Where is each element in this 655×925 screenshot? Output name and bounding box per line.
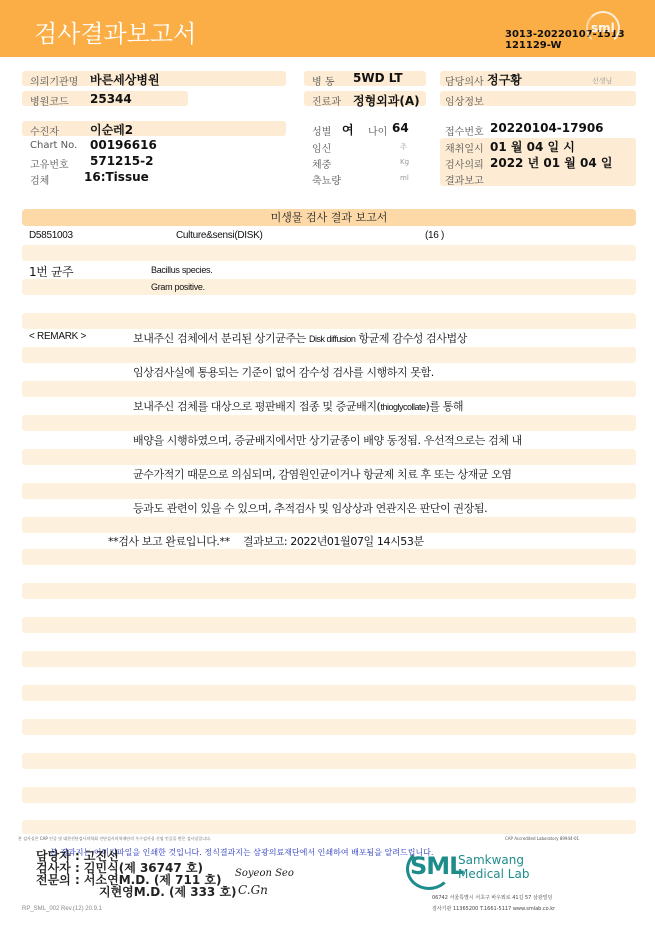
age-value: 64 bbox=[392, 121, 409, 135]
remark-line-4: 배양을 시행하였으며, 증균배지에서만 상기균종이 배양 동정됨. 우선적으로는… bbox=[133, 432, 522, 448]
row-band bbox=[22, 313, 636, 329]
report-title: 검사결과보고서 bbox=[34, 14, 196, 49]
lab-contact: 검사기관 11365200 T.1661-5117 www.smlab.co.k… bbox=[432, 905, 555, 912]
requesting-org-label: 의뢰기관명 bbox=[30, 73, 78, 88]
row-band bbox=[22, 583, 636, 599]
row-band bbox=[22, 483, 636, 499]
row-band bbox=[22, 381, 636, 397]
row-band bbox=[22, 651, 636, 667]
organism-name: Bacillus species. bbox=[151, 265, 212, 275]
row-band bbox=[22, 415, 636, 431]
row-band bbox=[22, 279, 636, 295]
pregnancy-label: 임신 bbox=[312, 140, 331, 155]
patient-value: 이순레2 bbox=[90, 121, 133, 138]
test-code: D5851003 bbox=[29, 230, 73, 241]
revision-code: RP_SML_002 Rev.(12) 20.9.1 bbox=[22, 906, 102, 912]
row-band bbox=[22, 820, 636, 834]
signature-1: Soyeon Seo bbox=[235, 868, 294, 879]
requesting-org-value: 바른세상병원 bbox=[90, 71, 160, 88]
remark-line-5: 균수가적기 때문으로 의심되며, 감염원인균이거나 항균제 치료 후 또는 상재… bbox=[133, 466, 512, 482]
row-band bbox=[22, 549, 636, 565]
ward-value: 5WD LT bbox=[353, 71, 403, 85]
cap-note: 본 검사실은 CAP 인증 및 대한진단검사의학회 진단검사의학재단의 우수검사… bbox=[18, 836, 211, 842]
row-band bbox=[22, 685, 636, 701]
patient-band bbox=[22, 121, 286, 136]
age-label: 나이 bbox=[368, 123, 387, 138]
row-band bbox=[22, 753, 636, 769]
collection-label: 채취일시 bbox=[445, 140, 484, 155]
weight-unit: Kg bbox=[400, 158, 409, 166]
specimen-label: 검체 bbox=[30, 172, 49, 187]
section-title: 미생물 검사 결과 보고서 bbox=[22, 209, 636, 226]
collection-value: 01 월 04 일 시 bbox=[490, 138, 575, 155]
remark-label: < REMARK > bbox=[29, 331, 86, 342]
row-band bbox=[22, 347, 636, 363]
signature-2: C.Gn bbox=[238, 883, 268, 897]
remark-line-2: 임상검사실에 통용되는 기준이 없어 감수성 검사를 시행하지 못함. bbox=[133, 364, 434, 380]
cap-number: CAP Accredited Laboratory 89944-01 bbox=[505, 836, 579, 841]
department-value: 정형외과(A) bbox=[353, 92, 420, 109]
remark-line-1: 보내주신 검체에서 분리된 상기균주는 Disk diffusion 항균제 감… bbox=[133, 330, 467, 346]
specialist-2: 지현영M.D. (제 333 호) bbox=[99, 886, 237, 898]
sml-logo-icon: sml bbox=[586, 11, 620, 45]
isolate-label: 1번 균주 bbox=[29, 263, 73, 280]
weight-label: 체중 bbox=[312, 156, 331, 171]
test-name: Culture&sensi(DISK) bbox=[176, 230, 263, 241]
specimen-value: 16:Tissue bbox=[84, 170, 149, 184]
row-band bbox=[22, 245, 636, 261]
urine-label: 축뇨량 bbox=[312, 172, 341, 187]
row-band bbox=[22, 449, 636, 465]
lab-address: 06742 서울특별시 서초구 바우뫼로 41길 57 삼광빌딩 bbox=[432, 894, 552, 901]
request-value: 2022 년 01 월 04 일 bbox=[490, 154, 612, 171]
chart-no-value: 00196616 bbox=[90, 138, 157, 152]
hospital-code-value: 25344 bbox=[90, 92, 132, 106]
report-header: 검사결과보고서 3013-20220107-1513 121129-W sml bbox=[0, 0, 655, 57]
remark-line-3: 보내주신 검체를 대상으로 평판배지 접종 및 증균배지(thioglycoll… bbox=[133, 398, 463, 414]
doctor-label: 담당의사 bbox=[445, 73, 484, 88]
samkwang-logo: SML Samkwang Medical Lab bbox=[410, 846, 570, 891]
urine-unit: ml bbox=[400, 174, 409, 182]
report-time: 결과보고: 2022년01월07일 14시53분 bbox=[243, 533, 424, 549]
receipt-no-label: 접수번호 bbox=[445, 123, 484, 138]
ward-label: 병 동 bbox=[312, 73, 335, 88]
completion-note: **검사 보고 완료입니다.** bbox=[108, 533, 230, 549]
sex-value: 여 bbox=[342, 121, 354, 138]
result-report-label: 결과보고 bbox=[445, 172, 484, 187]
chart-no-label: Chart No. bbox=[30, 140, 77, 151]
row-band bbox=[22, 617, 636, 633]
patient-label: 수진자 bbox=[30, 123, 59, 138]
pregnancy-unit: 주 bbox=[400, 142, 407, 152]
doctor-suffix: 선생님 bbox=[592, 76, 612, 86]
row-band bbox=[22, 517, 636, 533]
department-label: 진료과 bbox=[312, 93, 341, 108]
doctor-value: 정구황 bbox=[487, 71, 522, 88]
clinical-info-label: 임상정보 bbox=[445, 93, 484, 108]
sex-label: 성별 bbox=[312, 123, 331, 138]
receipt-no-value: 20220104-17906 bbox=[490, 121, 604, 135]
hospital-code-label: 병원코드 bbox=[30, 93, 69, 108]
row-band bbox=[22, 719, 636, 735]
test-count: (16 ) bbox=[425, 230, 444, 241]
row-band bbox=[22, 787, 636, 803]
unique-no-value: 571215-2 bbox=[90, 154, 153, 168]
remark-line-6: 등과도 관련이 있을 수 있으며, 추적검사 및 임상상과 연관지은 판단이 권… bbox=[133, 500, 487, 516]
unique-no-label: 고유번호 bbox=[30, 156, 69, 171]
gram-stain: Gram positive. bbox=[151, 282, 205, 292]
request-label: 검사의뢰 bbox=[445, 156, 484, 171]
